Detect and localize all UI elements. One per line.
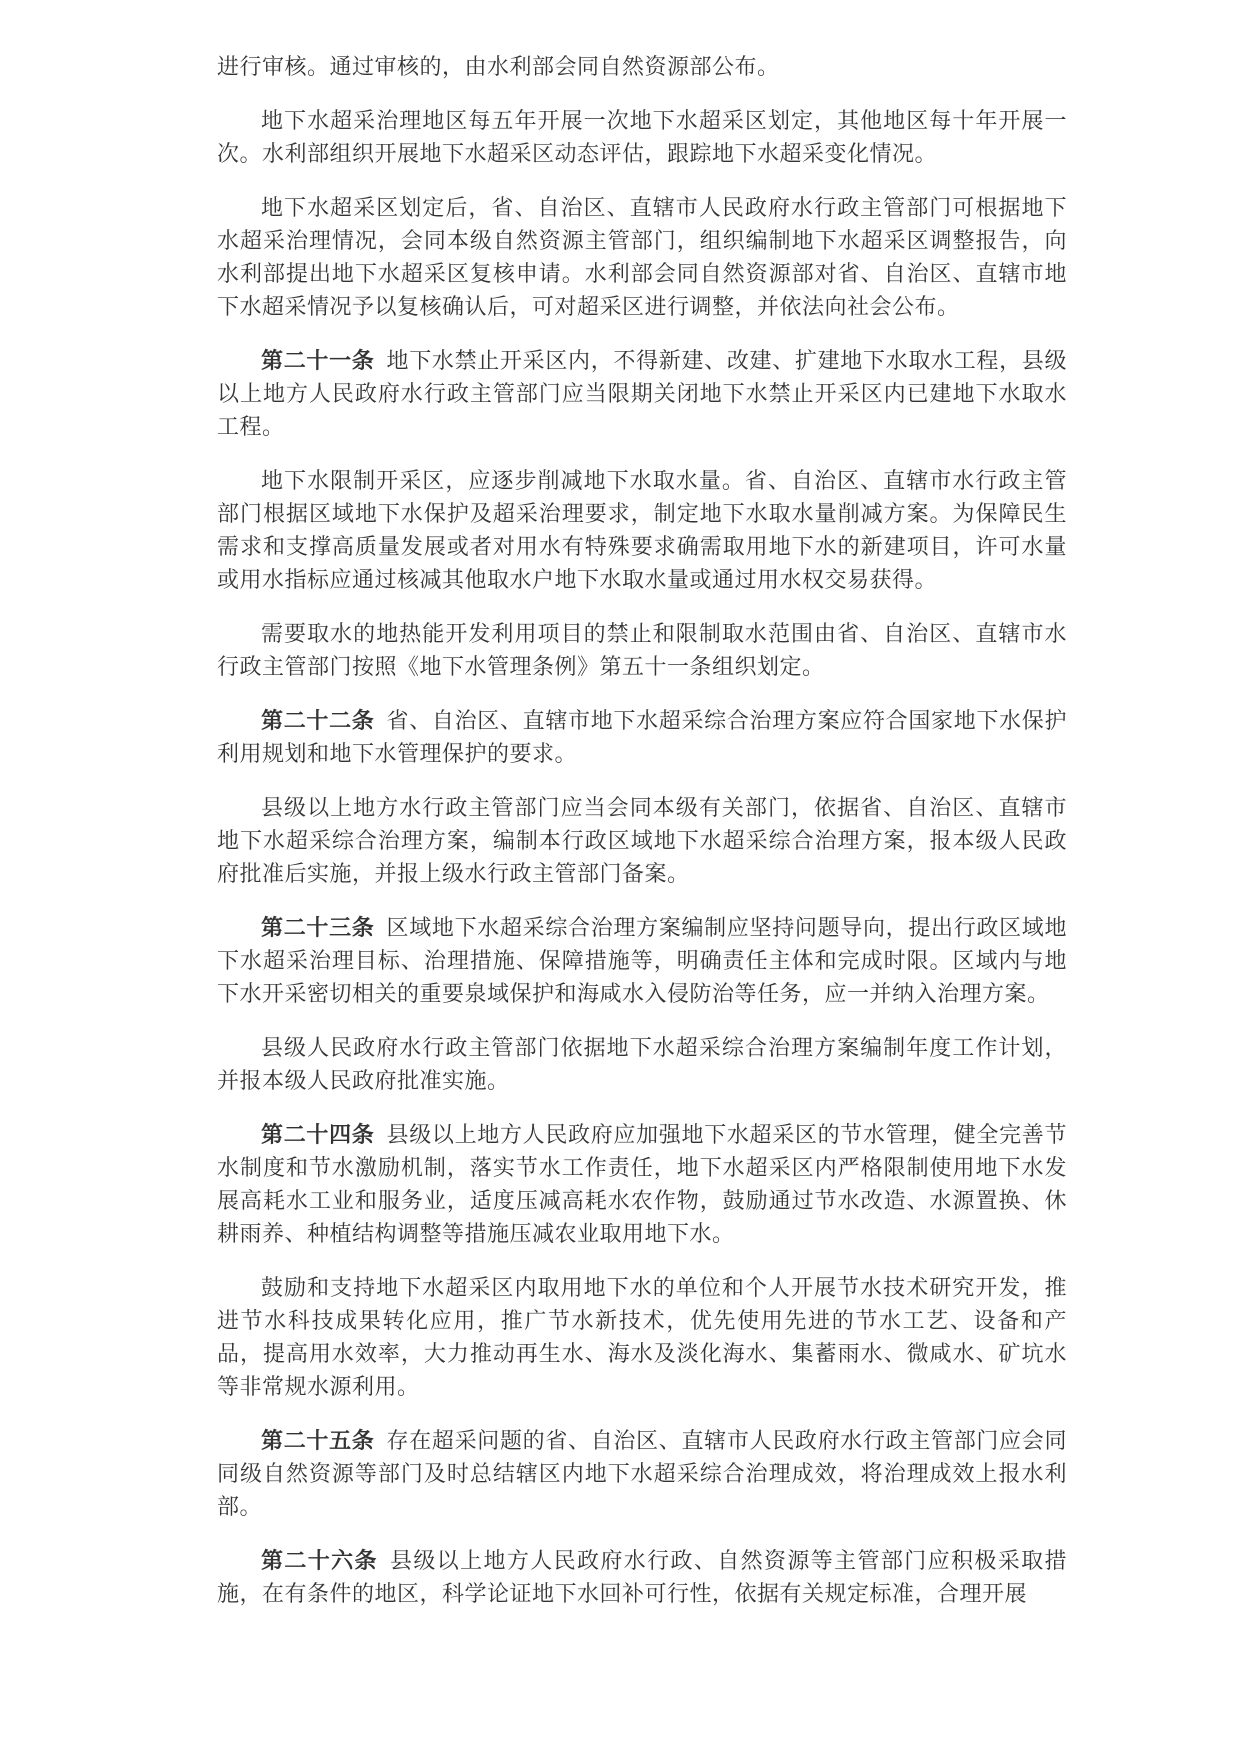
paragraph: 第二十五条存在超采问题的省、自治区、直辖市人民政府水行政主管部门应会同同级自然资… bbox=[217, 1424, 1067, 1523]
article-number-23: 第二十三条 bbox=[261, 915, 374, 940]
paragraph-text: 进行审核。通过审核的，由水利部会同自然资源部公布。 bbox=[217, 54, 780, 79]
article-number-26: 第二十六条 bbox=[261, 1548, 378, 1573]
paragraph-text: 县级以上地方水行政主管部门应当会同本级有关部门，依据省、自治区、直辖市地下水超采… bbox=[217, 795, 1067, 886]
paragraph: 县级人民政府水行政主管部门依据地下水超采综合治理方案编制年度工作计划，并报本级人… bbox=[217, 1031, 1067, 1097]
paragraph-text: 鼓励和支持地下水超采区内取用地下水的单位和个人开展节水技术研究开发，推进节水科技… bbox=[217, 1275, 1067, 1399]
paragraph: 第二十二条省、自治区、直辖市地下水超采综合治理方案应符合国家地下水保护利用规划和… bbox=[217, 704, 1067, 770]
article-number-25: 第二十五条 bbox=[261, 1428, 374, 1453]
article-number-22: 第二十二条 bbox=[261, 708, 374, 733]
paragraph: 需要取水的地热能开发利用项目的禁止和限制取水范围由省、自治区、直辖市水行政主管部… bbox=[217, 617, 1067, 683]
paragraph: 县级以上地方水行政主管部门应当会同本级有关部门，依据省、自治区、直辖市地下水超采… bbox=[217, 791, 1067, 890]
paragraph: 第二十一条地下水禁止开采区内，不得新建、改建、扩建地下水取水工程，县级以上地方人… bbox=[217, 344, 1067, 443]
paragraph: 地下水超采区划定后，省、自治区、直辖市人民政府水行政主管部门可根据地下水超采治理… bbox=[217, 191, 1067, 323]
paragraph-text: 地下水限制开采区，应逐步削减地下水取水量。省、自治区、直辖市水行政主管部门根据区… bbox=[217, 468, 1067, 592]
paragraph: 地下水超采治理地区每五年开展一次地下水超采区划定，其他地区每十年开展一次。水利部… bbox=[217, 104, 1067, 170]
paragraph: 进行审核。通过审核的，由水利部会同自然资源部公布。 bbox=[217, 50, 1067, 83]
paragraph: 第二十四条县级以上地方人民政府应加强地下水超采区的节水管理，健全完善节水制度和节… bbox=[217, 1118, 1067, 1250]
paragraph-text: 地下水超采治理地区每五年开展一次地下水超采区划定，其他地区每十年开展一次。水利部… bbox=[217, 108, 1067, 166]
paragraph-text: 县级人民政府水行政主管部门依据地下水超采综合治理方案编制年度工作计划，并报本级人… bbox=[217, 1035, 1067, 1093]
article-number-21: 第二十一条 bbox=[261, 348, 374, 373]
paragraph: 第二十三条区域地下水超采综合治理方案编制应坚持问题导向，提出行政区域地下水超采治… bbox=[217, 911, 1067, 1010]
paragraph-text: 地下水超采区划定后，省、自治区、直辖市人民政府水行政主管部门可根据地下水超采治理… bbox=[217, 195, 1067, 319]
paragraph-text: 需要取水的地热能开发利用项目的禁止和限制取水范围由省、自治区、直辖市水行政主管部… bbox=[217, 621, 1067, 679]
article-number-24: 第二十四条 bbox=[261, 1122, 374, 1147]
paragraph: 地下水限制开采区，应逐步削减地下水取水量。省、自治区、直辖市水行政主管部门根据区… bbox=[217, 464, 1067, 596]
paragraph: 鼓励和支持地下水超采区内取用地下水的单位和个人开展节水技术研究开发，推进节水科技… bbox=[217, 1271, 1067, 1403]
document-page: 进行审核。通过审核的，由水利部会同自然资源部公布。 地下水超采治理地区每五年开展… bbox=[0, 0, 1240, 1754]
paragraph: 第二十六条县级以上地方人民政府水行政、自然资源等主管部门应积极采取措施，在有条件… bbox=[217, 1544, 1067, 1610]
document-content: 进行审核。通过审核的，由水利部会同自然资源部公布。 地下水超采治理地区每五年开展… bbox=[217, 50, 1067, 1631]
